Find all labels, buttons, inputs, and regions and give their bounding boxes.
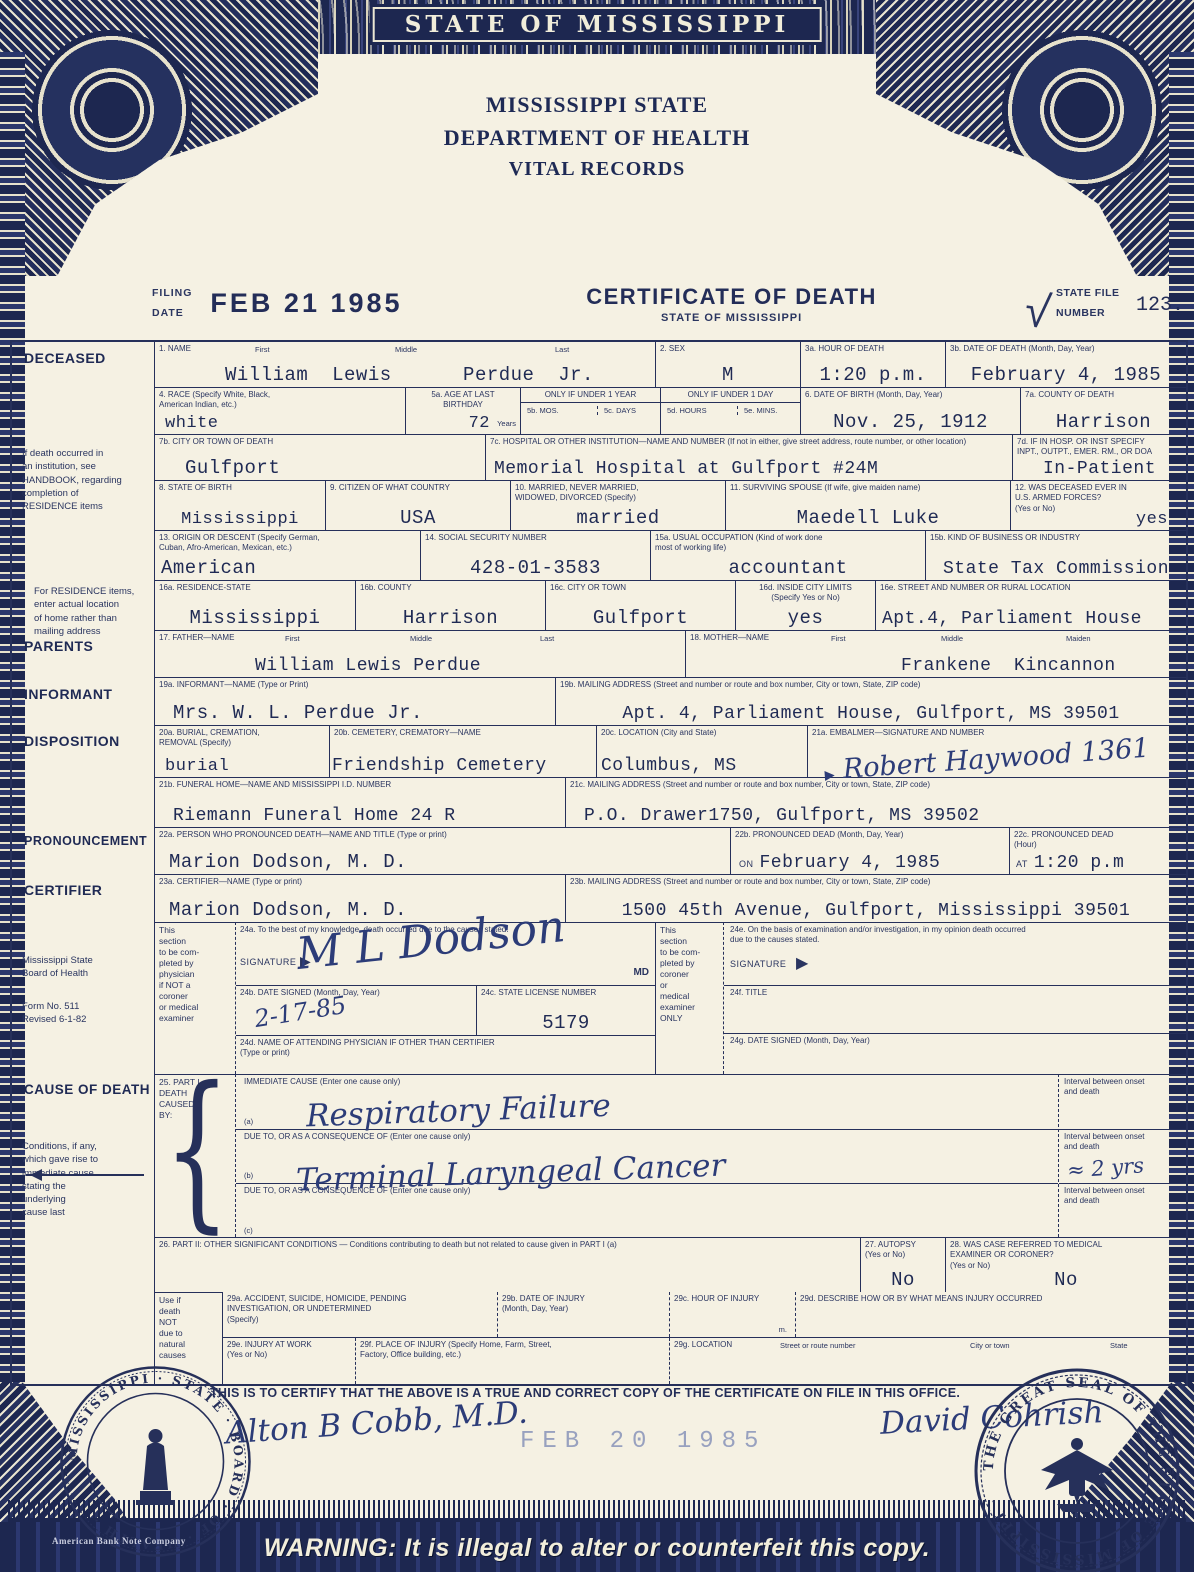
field-under-1-year-label: ONLY IF UNDER 1 YEAR [521,388,660,403]
field-cemetery-location: 20c. LOCATION (City and State) Columbus,… [596,725,807,777]
field-29d-label: 29d. DESCRIBE HOW OR BY WHAT MEANS INJUR… [800,1294,1182,1304]
section-parents: PARENTS [24,638,93,654]
brace-glyph: { [163,1069,230,1232]
field-date-of-birth-value: Nov. 25, 1912 [805,411,1016,433]
field-inside-city-limits: 16d. INSIDE CITY LIMITS (Specify Yes or … [735,580,875,630]
field-pronounced-hour-label: 22c. PRONOUNCED DEAD (Hour) [1014,830,1182,851]
interval-b-handwriting: ≈ 2 yrs [1066,1153,1144,1182]
field-pronounced-date-label: 22b. PRONOUNCED DEAD (Month, Day, Year) [735,830,1005,840]
field-date-of-death-value: February 4, 1985 [950,364,1182,386]
certificate-subtitle: STATE OF MISSISSIPPI [440,312,1022,324]
field-hospital-value: Memorial Hospital at Gulfport #24M [494,459,1008,479]
field-informant-address: 19b. MAILING ADDRESS (Street and number … [555,677,1186,725]
physician-block: 24a. To the best of my knowledge, death … [235,922,655,1074]
field-certifier-address-value: 1500 45th Avenue, Gulfport, Mississippi … [570,901,1182,921]
state-file-labels: STATE FILE NUMBER [1056,284,1136,324]
field-autopsy-value: No [865,1269,941,1291]
field-mins-label: 5e. MINS. [737,406,777,415]
field-mother-name: 18. MOTHER—NAME First Middle Maiden Fran… [685,630,1186,677]
field-mother-sub-maiden: Maiden [1066,634,1091,643]
field-informant-name-value: Mrs. W. L. Perdue Jr. [173,702,551,724]
field-date-of-death: 3b. DATE OF DEATH (Month, Day, Year) Feb… [945,342,1186,387]
field-funeral-home-label: 21b. FUNERAL HOME—NAME AND MISSISSIPPI I… [159,780,561,790]
field-funeral-home-address-value: P.O. Drawer1750, Gulfport, MS 39502 [584,806,1182,826]
field-residence-county-label: 16b. COUNTY [360,583,541,593]
coroner-section-note: This section to be com- pleted by corone… [655,922,723,1074]
pronounced-on-word: ON [739,859,754,869]
field-city-of-death-value: Gulfport [185,457,481,479]
cause-a-label: IMMEDIATE CAUSE (Enter one cause only) [244,1077,1050,1087]
field-mother-name-label: 18. MOTHER—NAME [690,633,1182,643]
field-hospital-label: 7c. HOSPITAL OR OTHER INSTITUTION—NAME A… [490,437,1008,447]
field-29a-label: 29a. ACCIDENT, SUICIDE, HOMICIDE, PENDIN… [227,1294,493,1325]
interval-b: Interval between onset and death ≈ 2 yrs [1059,1129,1186,1183]
section-disposition: DISPOSITION [24,733,120,749]
field-age-value: 72 [410,414,490,433]
field-age-label: 5a. AGE AT LAST BIRTHDAY [410,390,516,411]
coroner-block: 24e. On the basis of examination and/or … [723,922,1186,1074]
field-29g-sub-state: State [1110,1341,1128,1350]
cause-a-tag: (a) [244,1117,253,1126]
field-29d: 29d. DESCRIBE HOW OR BY WHAT MEANS INJUR… [795,1292,1186,1337]
field-informant-address-value: Apt. 4, Parliament House, Gulfport, MS 3… [560,704,1182,724]
injury-row-1: 29a. ACCIDENT, SUICIDE, HOMICIDE, PENDIN… [222,1292,1186,1337]
field-29c-label: 29c. HOUR OF INJURY [674,1294,791,1304]
cause-b-tag: (b) [244,1171,253,1180]
field-residence-county-value: Harrison [360,607,541,629]
date-label: DATE [152,304,192,324]
field-origin-label: 13. ORIGIN OR DESCENT (Specify German, C… [159,533,416,554]
field-occupation-label: 15a. USUAL OCCUPATION (Kind of work done… [655,533,921,554]
field-burial-type: 20a. BURIAL, CREMATION, REMOVAL (Specify… [155,725,329,777]
field-ssn-value: 428-01-3583 [425,557,646,579]
field-sex-label: 2. SEX [660,344,796,354]
field-cemetery-name-label: 20b. CEMETERY, CREMATORY—NAME [334,728,592,738]
field-pronounced-date-value: ONFebruary 4, 1985 [739,853,1005,873]
field-hours-label: 5d. HOURS [667,406,707,415]
field-hour-of-death: 3a. HOUR OF DEATH 1:20 p.m. [800,342,945,387]
field-24g-label: 24g. DATE SIGNED (Month, Day, Year) [730,1036,1180,1046]
section-pronouncement: PRONOUNCEMENT [24,834,147,848]
injury-use-note: Use if death NOT due to natural causes [159,1295,218,1361]
field-burial-type-value: burial [165,757,325,776]
state-banner: STATE OF MISSISSIPPI [373,7,822,42]
field-citizen-country: 9. CITIZEN OF WHAT COUNTRY USA [325,480,510,530]
physician-section-note-text: This section to be com- pleted by physic… [159,925,231,1024]
field-race-value: white [165,414,401,433]
field-hour-of-death-value: 1:20 p.m. [805,364,941,386]
field-age: 5a. AGE AT LAST BIRTHDAY 72 Years [405,387,520,434]
field-under-1-year: ONLY IF UNDER 1 YEAR 5b. MOS. 5c. DAYS [520,387,660,434]
field-residence-city-value: Gulfport [550,607,731,629]
state-file-label1: STATE FILE [1056,284,1136,304]
field-24g: 24g. DATE SIGNED (Month, Day, Year) [724,1033,1186,1071]
agency-header: MISSISSIPPI STATE DEPARTMENT OF HEALTH V… [0,88,1194,184]
field-date-of-birth-label: 6. DATE OF BIRTH (Month, Day, Year) [805,390,1016,400]
field-29b-label: 29b. DATE OF INJURY (Month, Day, Year) [502,1294,665,1315]
field-cemetery-location-label: 20c. LOCATION (City and State) [601,728,803,738]
field-autopsy-label: 27. AUTOPSY (Yes or No) [865,1240,941,1261]
field-residence-state-label: 16a. RESIDENCE-STATE [159,583,351,593]
certificate-title-block: CERTIFICATE OF DEATH STATE OF MISSISSIPP… [440,284,1022,324]
interval-a: Interval between onset and death [1059,1075,1186,1129]
field-referred-value: No [950,1269,1182,1291]
field-informant-name-label: 19a. INFORMANT—NAME (Type or Print) [159,680,551,690]
field-29g-label: 29g. LOCATION [674,1340,1182,1350]
field-cemetery-name: 20b. CEMETERY, CREMATORY—NAME Friendship… [329,725,596,777]
field-father-sub-last: Last [540,634,554,643]
field-29a: 29a. ACCIDENT, SUICIDE, HOMICIDE, PENDIN… [222,1292,497,1337]
field-residence-state: 16a. RESIDENCE-STATE Mississippi [155,580,355,630]
cause-line-a: IMMEDIATE CAUSE (Enter one cause only) (… [236,1075,1058,1129]
field-pronouncer-value: Marion Dodson, M. D. [169,851,726,873]
field-armed-forces-value: yes [1015,510,1168,529]
field-hospital: 7c. HOSPITAL OR OTHER INSTITUTION—NAME A… [485,434,1012,480]
field-sex: 2. SEX M [655,342,800,387]
field-mother-name-value: Frankene Kincannon [901,656,1182,676]
field-24d-label: 24d. NAME OF ATTENDING PHYSICIAN IF OTHE… [240,1038,651,1059]
filing-date-labels: FILING DATE [152,284,192,324]
field-surviving-spouse: 11. SURVIVING SPOUSE (If wife, give maid… [725,480,1010,530]
field-part2: 26. PART II: OTHER SIGNIFICANT CONDITION… [155,1237,860,1292]
field-business-industry-value: State Tax Commission [930,559,1182,579]
field-ssn-label: 14. SOCIAL SECURITY NUMBER [425,533,646,543]
field-residence-street: 16e. STREET AND NUMBER OR RURAL LOCATION… [875,580,1186,630]
field-business-industry-label: 15b. KIND OF BUSINESS OR INDUSTRY [930,533,1182,543]
field-name-sub-first: First [255,345,270,354]
field-surviving-spouse-label: 11. SURVIVING SPOUSE (If wife, give maid… [730,483,1006,493]
field-29b: 29b. DATE OF INJURY (Month, Day, Year) [497,1292,669,1337]
field-cemetery-location-value: Columbus, MS [601,756,803,776]
field-sex-value: M [660,364,796,386]
field-24d: 24d. NAME OF ATTENDING PHYSICIAN IF OTHE… [236,1035,655,1071]
field-24a-signature-label: SIGNATURE [240,957,296,967]
bank-note-company-text: American Bank Note Company [52,1536,186,1546]
field-marital-status: 10. MARRIED, NEVER MARRIED, WIDOWED, DIV… [510,480,725,530]
field-29g-sub-city: City or town [970,1341,1010,1350]
field-name: 1. NAME First Middle Last William Lewis … [155,342,655,387]
death-certificate-page: STATE OF MISSISSIPPI WARNING: It is ille… [0,0,1194,1572]
field-race: 4. RACE (Specify White, Black, American … [155,387,405,434]
field-mother-sub-first: First [831,634,846,643]
field-citizen-country-value: USA [330,507,506,529]
certify-copy-statement: THIS IS TO CERTIFY THAT THE ABOVE IS A T… [210,1386,960,1400]
field-29c-m-suffix: m. [779,1325,787,1334]
field-inpatient-status-value: In-Patient [1017,459,1182,479]
field-pronounced-hour-value: AT1:20 p.m [1016,853,1182,873]
state-health-officer-signature: Alton B Cobb, M.D. [224,1394,529,1451]
field-24f-label: 24f. TITLE [730,988,1180,998]
section-informant: INFORMANT [24,686,113,702]
field-24b-24c-row: 24b. DATE SIGNED (Month, Day, Year) 2-17… [236,985,655,1035]
field-residence-city: 16c. CITY OR TOWN Gulfport [545,580,735,630]
field-father-name-value: William Lewis Perdue [255,656,681,676]
field-certifier-name-label: 23a. CERTIFIER—NAME (Type or print) [159,877,561,887]
section-cause-of-death: CAUSE OF DEATH [24,1082,150,1097]
field-24e: 24e. On the basis of examination and/or … [724,923,1186,985]
field-pronounced-date: 22b. PRONOUNCED DEAD (Month, Day, Year) … [730,827,1009,874]
field-origin: 13. ORIGIN OR DESCENT (Specify German, C… [155,530,420,580]
field-29g-sub-street: Street or route number [780,1341,855,1350]
board-of-health-note: Mississippi State Board of Health [22,954,93,981]
cause-line-b: DUE TO, OR AS A CONSEQUENCE OF (Enter on… [236,1129,1058,1183]
form-number-note: Form No. 511 Revised 6-1-82 [22,1000,86,1027]
section-deceased: DECEASED [24,350,106,366]
field-county-of-death-label: 7a. COUNTY OF DEATH [1025,390,1182,400]
field-29c: 29c. HOUR OF INJURY m. [669,1292,795,1337]
field-under-1-day: ONLY IF UNDER 1 DAY 5d. HOURS 5e. MINS. [660,387,800,434]
field-residence-street-label: 16e. STREET AND NUMBER OR RURAL LOCATION [880,583,1182,593]
agency-line2: DEPARTMENT OF HEALTH [0,121,1194,154]
field-armed-forces: 12. WAS DECEASED EVER IN U.S. ARMED FORC… [1010,480,1186,530]
field-father-name: 17. FATHER—NAME First Middle Last Willia… [155,630,685,677]
field-days-label: 5c. DAYS [597,406,636,415]
state-file-label2: NUMBER [1056,304,1136,324]
field-certifier-address-label: 23b. MAILING ADDRESS (Street and number … [570,877,1182,887]
field-months-label: 5b. MOS. [527,406,559,415]
interval-c: Interval between onset and death [1059,1183,1186,1238]
pronounced-at-word: AT [1016,859,1028,869]
interval-c-label: Interval between onset and death [1064,1186,1181,1207]
field-state-of-birth: 8. STATE OF BIRTH Mississippi [155,480,325,530]
margin-column: DECEASED If death occurred in an institu… [12,342,155,1384]
field-citizen-country-label: 9. CITIZEN OF WHAT COUNTRY [330,483,506,493]
filing-label: FILING [152,284,192,304]
field-residence-street-value: Apt.4, Parliament House [882,609,1182,629]
board-of-health-seal: MISSISSIPPI · STATE · BOARD · OF · HEALT… [58,1364,253,1559]
field-state-of-birth-value: Mississippi [159,510,321,529]
field-24b-label: 24b. DATE SIGNED (Month, Day, Year) [240,988,472,998]
field-county-of-death: 7a. COUNTY OF DEATH Harrison [1020,387,1186,434]
field-29f: 29f. PLACE OF INJURY (Specify Home, Farm… [355,1338,669,1384]
field-24f: 24f. TITLE [724,985,1186,1033]
cause-c-tag: (c) [244,1226,253,1235]
field-29e-label: 29e. INJURY AT WORK (Yes or No) [227,1340,351,1361]
field-county-of-death-value: Harrison [1025,411,1182,433]
field-surviving-spouse-value: Maedell Luke [730,507,1006,529]
filing-date-value: FEB 21 1985 [210,288,440,319]
field-24c: 24c. STATE LICENSE NUMBER 5179 [476,986,655,1035]
cause-lines: IMMEDIATE CAUSE (Enter one cause only) (… [235,1074,1058,1237]
field-occupation: 15a. USUAL OCCUPATION (Kind of work done… [650,530,925,580]
field-city-of-death-label: 7b. CITY OR TOWN OF DEATH [159,437,481,447]
field-funeral-home: 21b. FUNERAL HOME—NAME AND MISSISSIPPI I… [155,777,565,827]
field-origin-value: American [161,557,416,579]
field-name-sub-middle: Middle [395,345,417,354]
field-referred: 28. WAS CASE REFERRED TO MEDICAL EXAMINE… [945,1237,1186,1292]
part1-label-cell: 25. PART I, DEATH CAUSED BY: { [155,1074,235,1237]
interval-column: Interval between onset and death Interva… [1058,1074,1186,1237]
field-marital-status-value: married [515,507,721,529]
field-24e-label: 24e. On the basis of examination and/or … [730,925,1180,946]
field-marital-status-label: 10. MARRIED, NEVER MARRIED, WIDOWED, DIV… [515,483,721,504]
field-informant-name: 19a. INFORMANT—NAME (Type or Print) Mrs.… [155,677,555,725]
field-city-of-death: 7b. CITY OR TOWN OF DEATH Gulfport [155,434,485,480]
field-ssn: 14. SOCIAL SECURITY NUMBER 428-01-3583 [420,530,650,580]
field-name-value: William Lewis Perdue Jr. [225,364,651,386]
field-business-industry: 15b. KIND OF BUSINESS OR INDUSTRY State … [925,530,1186,580]
field-residence-state-value: Mississippi [159,607,351,629]
field-inpatient-status: 7d. IF IN HOSP. OR INST SPECIFY INPT., O… [1012,434,1186,480]
field-24e-signature-label: SIGNATURE [730,959,786,969]
field-name-sub-last: Last [555,345,569,354]
field-pronounced-hour: 22c. PRONOUNCED DEAD (Hour) AT1:20 p.m [1009,827,1186,874]
field-residence-city-label: 16c. CITY OR TOWN [550,583,731,593]
field-date-of-death-label: 3b. DATE OF DEATH (Month, Day, Year) [950,344,1182,354]
field-referred-label: 28. WAS CASE REFERRED TO MEDICAL EXAMINE… [950,1240,1182,1271]
field-inside-city-limits-value: yes [740,607,871,629]
state-file-number: 123. [1136,294,1184,317]
checkmark-icon: √ [1021,283,1054,340]
agency-line1: MISSISSIPPI STATE [0,88,1194,121]
agency-line3: VITAL RECORDS [0,154,1194,184]
field-cemetery-name-value: Friendship Cemetery [332,756,592,776]
field-24b: 24b. DATE SIGNED (Month, Day, Year) 2-17… [236,986,476,1035]
field-part2-label: 26. PART II: OTHER SIGNIFICANT CONDITION… [159,1240,856,1250]
date-stamp: FEB 20 1985 [520,1428,766,1455]
field-residence-county: 16b. COUNTY Harrison [355,580,545,630]
field-funeral-home-value: Riemann Funeral Home 24 R [173,806,561,826]
field-hour-of-death-label: 3a. HOUR OF DEATH [805,344,941,354]
field-race-label: 4. RACE (Specify White, Black, American … [159,390,401,411]
field-certifier-address: 23b. MAILING ADDRESS (Street and number … [565,874,1186,922]
pronounced-hour-text: 1:20 p.m [1034,853,1124,873]
cause-a-handwriting: Respiratory Failure [305,1088,611,1135]
field-date-of-birth: 6. DATE OF BIRTH (Month, Day, Year) Nov.… [800,387,1020,434]
field-inside-city-limits-label: 16d. INSIDE CITY LIMITS (Specify Yes or … [740,583,871,604]
eagle-icon [1041,1438,1113,1512]
field-24c-value: 5179 [481,1012,651,1034]
field-pronouncer-label: 22a. PERSON WHO PRONOUNCED DEATH—NAME AN… [159,830,726,840]
arrow-right-icon: ▶ [824,768,835,784]
interval-b-label: Interval between onset and death [1064,1132,1181,1153]
arrow-left-icon [26,1174,144,1176]
field-24a: 24a. To the best of my knowledge, death … [236,923,655,985]
field-state-of-birth-label: 8. STATE OF BIRTH [159,483,321,493]
field-24c-label: 24c. STATE LICENSE NUMBER [481,988,651,998]
field-funeral-home-address: 21c. MAILING ADDRESS (Street and number … [565,777,1186,827]
field-father-sub-first: First [285,634,300,643]
field-father-sub-middle: Middle [410,634,432,643]
field-24a-md-suffix: MD [633,967,649,978]
field-informant-address-label: 19b. MAILING ADDRESS (Street and number … [560,680,1182,690]
field-burial-type-label: 20a. BURIAL, CREMATION, REMOVAL (Specify… [159,728,325,749]
hygieia-figure-icon [136,1429,175,1505]
field-embalmer-signature: 21a. EMBALMER—SIGNATURE AND NUMBER ▶ Rob… [807,725,1186,777]
residence-note: For RESIDENCE items, enter actual locati… [34,585,134,638]
institution-note: If death occurred in an institution, see… [22,447,122,513]
section-certifier: CERTIFIER [24,882,102,898]
cause-b-label: DUE TO, OR AS A CONSEQUENCE OF (Enter on… [244,1132,1050,1142]
field-29f-label: 29f. PLACE OF INJURY (Specify Home, Farm… [360,1340,665,1361]
fields-column: 1. NAME First Middle Last William Lewis … [155,342,1186,1384]
field-occupation-value: accountant [655,557,921,579]
certificate-title: CERTIFICATE OF DEATH [440,284,1022,310]
certificate-form: DECEASED If death occurred in an institu… [10,340,1188,1386]
arrow-right-icon-24e: ▶ [796,953,808,973]
interval-a-label: Interval between onset and death [1064,1077,1181,1098]
field-under-1-day-label: ONLY IF UNDER 1 DAY [661,388,800,403]
filing-row: FILING DATE FEB 21 1985 CERTIFICATE OF D… [152,284,1184,340]
field-pronouncer: 22a. PERSON WHO PRONOUNCED DEATH—NAME AN… [155,827,730,874]
pronounced-date-text: February 4, 1985 [760,853,941,873]
field-autopsy: 27. AUTOPSY (Yes or No) No [860,1237,945,1292]
field-age-unit: Years [497,419,516,428]
coroner-section-note-text: This section to be com- pleted by corone… [660,925,719,1024]
field-inpatient-status-label: 7d. IF IN HOSP. OR INST SPECIFY INPT., O… [1017,437,1182,458]
field-mother-sub-middle: Middle [941,634,963,643]
